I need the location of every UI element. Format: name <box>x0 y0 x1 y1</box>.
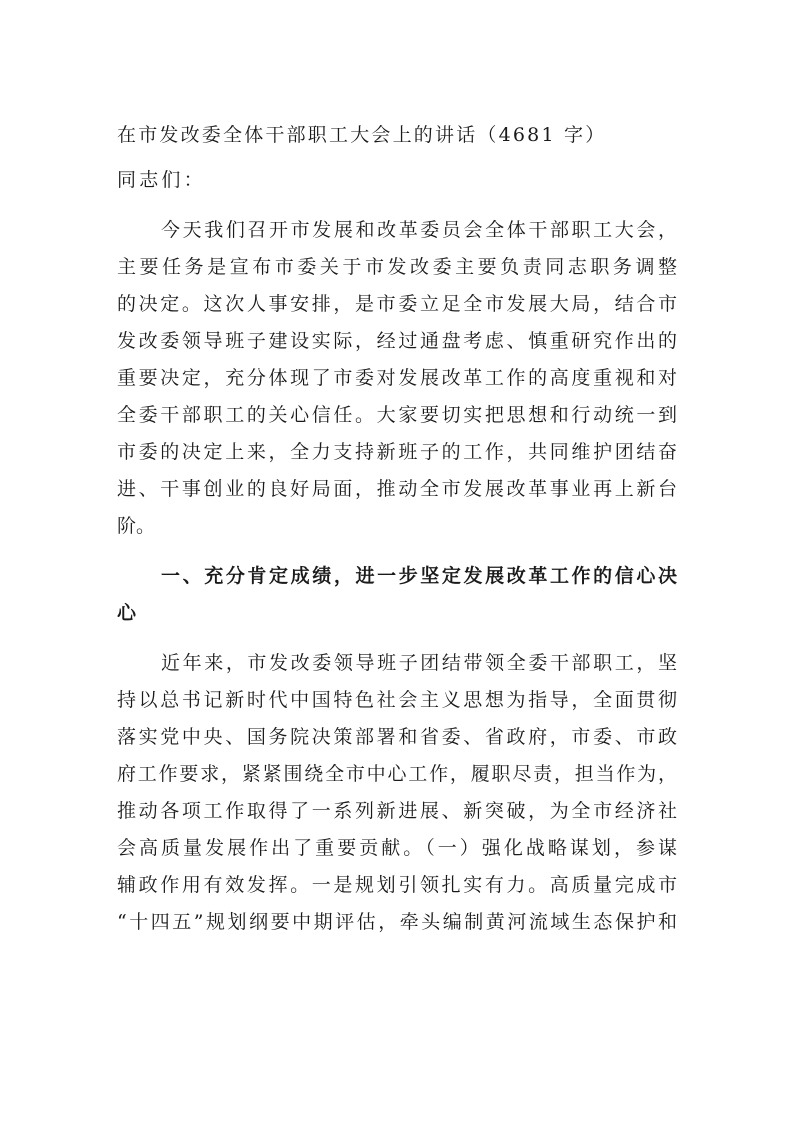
text-line: 会高质量发展作出了重要贡献。（一）强化战略谋划，参谋 <box>117 830 677 867</box>
paragraph-intro: 今天我们召开市发展和改革委员会全体干部职工大会， 主要任务是宣布市委关于市发改委… <box>117 212 677 545</box>
text-line: 主要任务是宣布市委关于市发改委主要负责同志职务调整 <box>117 249 677 286</box>
document-page: 在市发改委全体干部职工大会上的讲话（4681 字） 同志们： 今天我们召开市发展… <box>117 117 677 941</box>
text-line: 发改委领导班子建设实际，经过通盘考虑、慎重研究作出的 <box>117 323 677 360</box>
text-line: 进、干事创业的良好局面，推动全市发展改革事业再上新台 <box>117 471 677 508</box>
salutation: 同志们： <box>117 162 677 199</box>
text-line: 落实党中央、国务院决策部署和省委、省政府，市委、市政 <box>117 719 677 756</box>
text-line: 近年来，市发改委领导班子团结带领全委干部职工，坚 <box>117 645 677 682</box>
text-line: 全委干部职工的关心信任。大家要切实把思想和行动统一到 <box>117 397 677 434</box>
document-title: 在市发改委全体干部职工大会上的讲话（4681 字） <box>117 117 677 154</box>
text-line: 辅政作用有效发挥。一是规划引领扎实有力。高质量完成市 <box>117 867 677 904</box>
text-line: “十四五”规划纲要中期评估，牵头编制黄河流域生态保护和 <box>117 904 677 941</box>
text-line: 持以总书记新时代中国特色社会主义思想为指导，全面贯彻 <box>117 682 677 719</box>
text-line: 府工作要求，紧紧围绕全市中心工作，履职尽责，担当作为， <box>117 756 677 793</box>
text-line: 市委的决定上来，全力支持新班子的工作，共同维护团结奋 <box>117 434 677 471</box>
heading-line: 一、充分肯定成绩，进一步坚定发展改革工作的信心决 <box>117 558 677 595</box>
text-line: 重要决定，充分体现了市委对发展改革工作的高度重视和对 <box>117 360 677 397</box>
text-line: 今天我们召开市发展和改革委员会全体干部职工大会， <box>117 212 677 249</box>
text-line: 的决定。这次人事安排，是市委立足全市发展大局，结合市 <box>117 286 677 323</box>
heading-line: 心 <box>117 595 677 632</box>
paragraph-achievements: 近年来，市发改委领导班子团结带领全委干部职工，坚 持以总书记新时代中国特色社会主… <box>117 645 677 941</box>
text-line: 推动各项工作取得了一系列新进展、新突破，为全市经济社 <box>117 793 677 830</box>
section-heading-1: 一、充分肯定成绩，进一步坚定发展改革工作的信心决 心 <box>117 558 677 632</box>
text-line: 阶。 <box>117 508 677 545</box>
